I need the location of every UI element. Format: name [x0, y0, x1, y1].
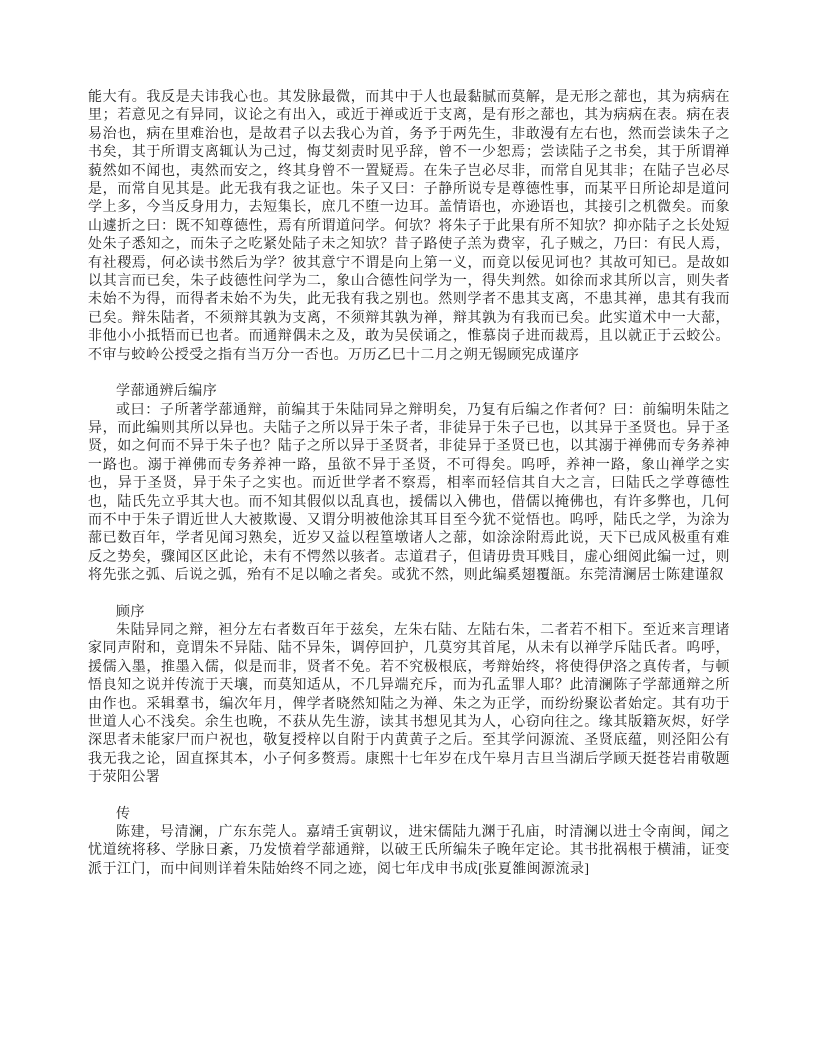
section-heading-guxu: 顾序: [88, 604, 730, 622]
paragraph-zhuan-chenjian-biography: 陈建，号清澜，广东东莞人。嘉靖壬寅朝议，进宋儒陆九渊于孔庙，时清澜以进士令南闽，…: [88, 824, 730, 879]
document-page: 能大有。我反是夫讳我心也。其发脉最微，而其中于人也最黏腻而莫解，是无形之蔀也，其…: [0, 0, 816, 1056]
text-block: 能大有。我反是夫讳我心也。其发脉最微，而其中于人也最黏腻而莫解，是无形之蔀也，其…: [88, 89, 730, 879]
paragraph-houbianxu: 或曰：子所著学蔀通辩，前编其于朱陆同异之辩明矣，乃复有后编之作者何？曰：前编明朱…: [88, 402, 730, 586]
section-heading-zhuan: 传: [88, 806, 730, 824]
continuation-paragraph-guxiancheng-preface: 能大有。我反是夫讳我心也。其发脉最微，而其中于人也最黏腻而莫解，是无形之蔀也，其…: [88, 89, 730, 365]
paragraph-guxu: 朱陆异同之辩，袒分左右者数百年于兹矣，左朱右陆、左陆右朱，二者若不相下。至近来言…: [88, 622, 730, 788]
section-heading-houbianxu: 学蔀通辨后编序: [88, 383, 730, 401]
